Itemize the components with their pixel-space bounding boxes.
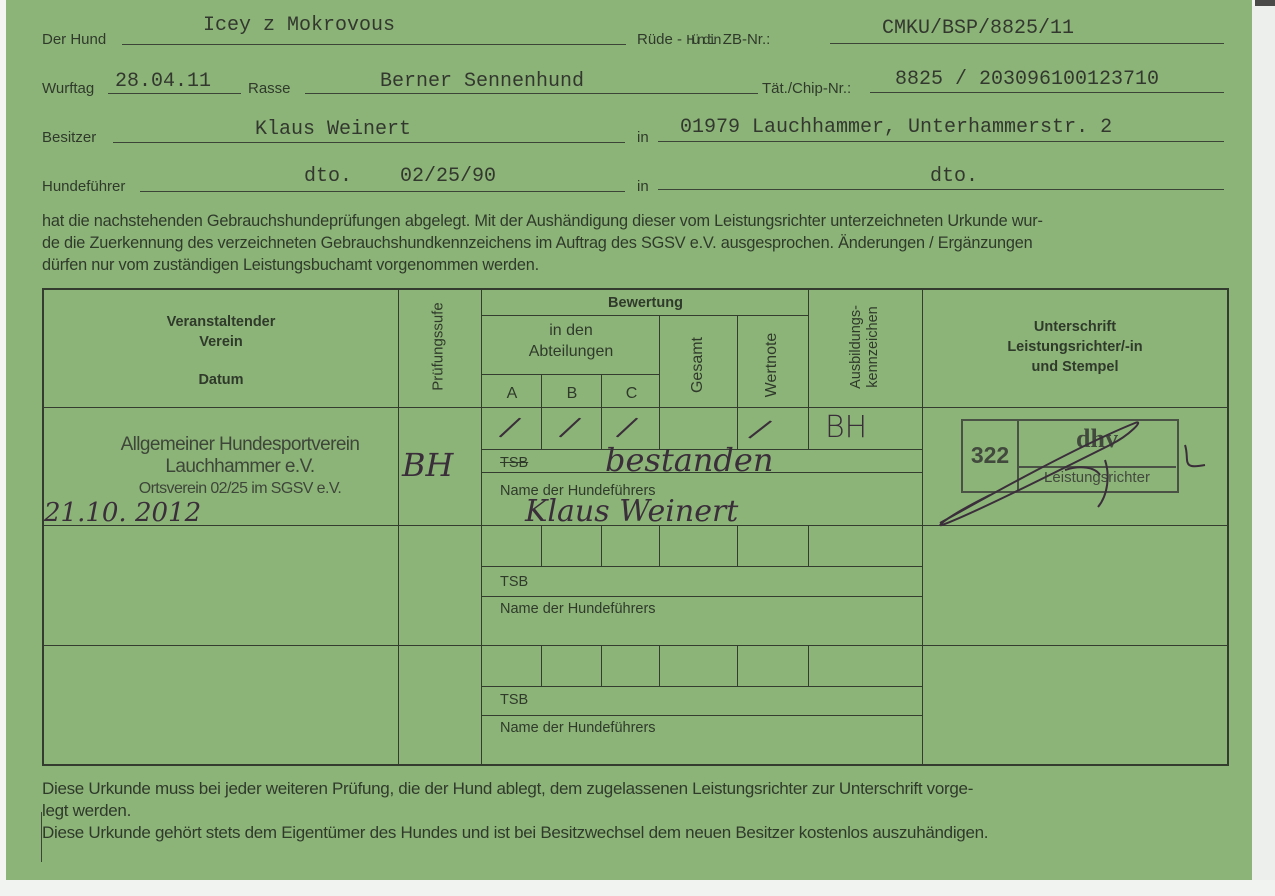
name-handwritten: Klaus Weinert	[525, 494, 738, 529]
besitzer-line	[113, 142, 625, 143]
header-abteilungen: in den Abteilungen	[483, 320, 659, 362]
wurftag-line	[108, 93, 241, 94]
tsb-handwritten: bestanden	[605, 441, 773, 479]
hundefuehrer-in-label: in	[637, 178, 649, 195]
footer-line-1: Diese Urkunde muss bei jeder weiteren Pr…	[42, 778, 988, 800]
judge-signature	[930, 415, 1210, 530]
hundefuehrer-value: dto. 02/25/90	[304, 165, 496, 188]
pruefungsstufe-handwritten: BH	[402, 446, 453, 484]
rasse-line	[305, 93, 758, 94]
col-divider	[659, 645, 660, 687]
col-divider	[808, 525, 809, 567]
header-gesamt: Gesamt	[689, 315, 707, 415]
tsb-label: TSB	[500, 574, 528, 590]
footer-line-2: legt werden.	[42, 800, 988, 822]
col-divider	[659, 525, 660, 567]
header-datum: Datum	[44, 370, 398, 390]
header-ausbildung-line2: kennzeichen	[865, 288, 882, 406]
zb-nr-value: CMKU/BSP/8825/11	[882, 17, 1074, 40]
rasse-label: Rasse	[248, 80, 291, 97]
col-divider	[737, 525, 738, 567]
besitzer-in-value: 01979 Lauchhammer, Unterhammerstr. 2	[680, 116, 1112, 139]
header-verein-line2: Verein	[44, 332, 398, 352]
row-2-bottom-line	[42, 645, 1227, 646]
chip-line	[870, 92, 1224, 93]
tsb-label: TSB	[500, 692, 528, 708]
besitzer-value: Klaus Weinert	[255, 118, 411, 141]
chip-label: Tät./Chip-Nr.:	[762, 80, 851, 97]
chip-value: 8825 / 203096100123710	[895, 68, 1159, 91]
row-divider	[481, 374, 660, 375]
header-unterschrift-line1: Unterschrift	[924, 317, 1226, 337]
intro-line-2: de die Zuerkennung des verzeichneten Geb…	[42, 232, 1043, 254]
col-divider	[481, 290, 482, 764]
col-divider	[922, 290, 923, 764]
header-unterschrift: Unterschrift Leistungsrichter/-in und St…	[924, 317, 1226, 377]
header-ausbildung-line1: Ausbildungs-	[848, 288, 865, 406]
col-divider	[601, 645, 602, 687]
col-divider	[737, 315, 738, 450]
col-divider	[601, 407, 602, 450]
verein-stamp: Allgemeiner Hundesportverein Lauchhammer…	[80, 434, 400, 500]
intro-line-3: dürfen nur vom zuständigen Leistungsbuch…	[42, 254, 1043, 276]
col-divider	[541, 645, 542, 687]
zb-nr-line	[830, 43, 1224, 44]
scan-margin-right	[1252, 6, 1275, 896]
hundefuehrer-label: Hundeführer	[42, 178, 125, 195]
hundefuehrer-in-line	[658, 189, 1224, 190]
name-label: Name der Hundeführers	[500, 601, 656, 617]
col-divider	[398, 290, 399, 764]
name-label: Name der Hundeführers	[500, 720, 656, 736]
header-verein: Veranstaltender Verein Datum	[44, 312, 398, 390]
wurftag-label: Wurftag	[42, 80, 94, 97]
header-ausbildungskennzeichen: Ausbildungs- kennzeichen	[848, 288, 882, 406]
col-divider	[659, 315, 660, 450]
header-col-a: A	[483, 385, 541, 403]
col-divider	[737, 645, 738, 687]
intro-paragraph: hat die nachstehenden Gebrauchshundeprüf…	[42, 210, 1043, 276]
header-verein-line1: Veranstaltender	[44, 312, 398, 332]
col-divider	[808, 645, 809, 687]
header-wertnote: Wertnote	[763, 315, 781, 415]
footer-line-3: Diese Urkunde gehört stets dem Eigentüme…	[42, 822, 988, 844]
tsb-label: TSB	[500, 455, 528, 471]
datum-handwritten: 21.10. 2012	[44, 498, 201, 528]
ruede-label: Rüde -	[637, 31, 682, 48]
zb-nr-label: ZB-Nr.:	[723, 31, 771, 48]
der-hund-line	[122, 44, 626, 45]
row-divider	[481, 596, 922, 597]
row-divider	[481, 566, 922, 567]
header-bewertung: Bewertung	[483, 293, 808, 313]
row-divider	[481, 315, 809, 316]
footer-text: Diese Urkunde muss bei jeder weiteren Pr…	[42, 778, 988, 844]
scan-edge	[1255, 0, 1275, 6]
header-unterschrift-line3: und Stempel	[924, 357, 1226, 377]
header-bottom-line	[42, 407, 1227, 408]
verein-stamp-line3: Ortsverein 02/25 im SGSV e.V.	[80, 478, 400, 500]
huendin-struck-text: Hündin	[686, 33, 718, 49]
header-pruefungsstufe: Prüfungssufe	[430, 285, 447, 409]
header-col-c: C	[603, 385, 660, 403]
hundefuehrer-line	[140, 191, 625, 192]
geschlecht-label: Rüde - Hündin ZB-Nr.:	[637, 31, 770, 49]
verein-stamp-line2: Lauchhammer e.V.	[80, 456, 400, 478]
header-col-b: B	[543, 385, 601, 403]
row-divider	[481, 686, 922, 687]
col-divider	[541, 407, 542, 450]
header-unterschrift-line2: Leistungsrichter/-in	[924, 337, 1226, 357]
der-hund-label: Der Hund	[42, 31, 106, 48]
col-divider	[541, 525, 542, 567]
der-hund-value: Icey z Mokrovous	[203, 14, 395, 37]
scan-margin-bottom	[0, 880, 1275, 896]
rasse-value: Berner Sennenhund	[380, 70, 584, 93]
besitzer-label: Besitzer	[42, 129, 96, 146]
besitzer-in-line	[658, 141, 1224, 142]
verein-stamp-line1: Allgemeiner Hundesportverein	[80, 434, 400, 456]
hundefuehrer-in-value: dto.	[930, 165, 978, 188]
ausbildungskennzeichen-value: BH	[825, 410, 867, 445]
col-divider	[808, 290, 809, 450]
header-abteilungen-line1: in den	[483, 320, 659, 341]
wurftag-value: 28.04.11	[115, 70, 211, 93]
margin-mark	[41, 812, 42, 862]
col-divider	[601, 525, 602, 567]
header-abteilungen-line2: Abteilungen	[483, 341, 659, 362]
besitzer-in-label: in	[637, 129, 649, 146]
row-divider	[481, 715, 922, 716]
intro-line-1: hat die nachstehenden Gebrauchshundeprüf…	[42, 210, 1043, 232]
